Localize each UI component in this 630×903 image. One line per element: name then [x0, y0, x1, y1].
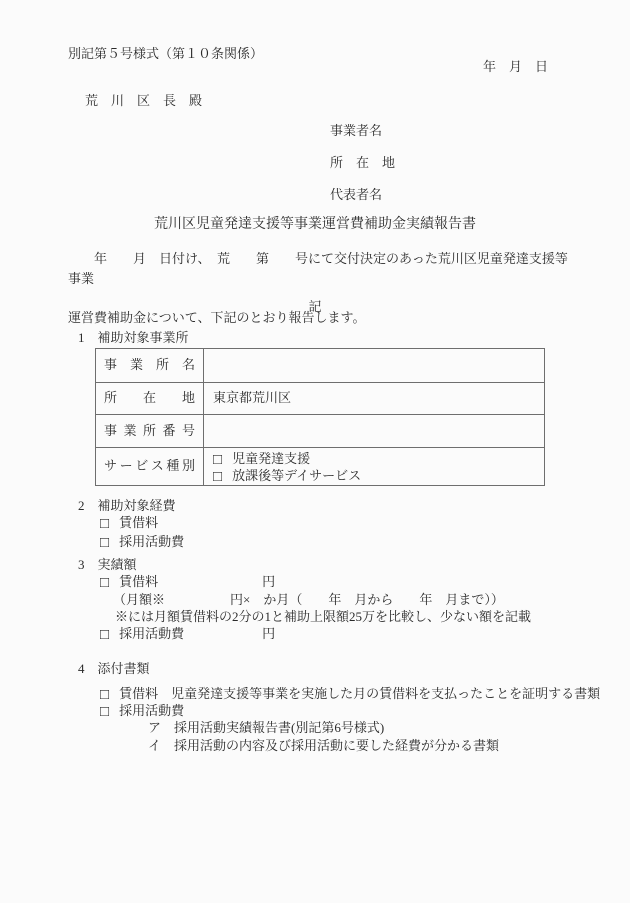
section1-heading: 1 補助対象事業所 [78, 329, 189, 348]
section4-heading: 4 添付書類 [78, 660, 150, 679]
result-recruit-label: 採用活動費 円 [119, 626, 275, 641]
attachment-sub-b: イ 採用活動の内容及び採用活動に要した経費が分かる書類 [148, 737, 499, 756]
signer-representative-label: 代表者名 [330, 186, 382, 205]
form-number: 別記第５号様式（第１０条関係） [68, 45, 263, 64]
office-number-value [204, 415, 545, 448]
table-row: 所在地 東京都荒川区 [96, 383, 545, 415]
address-value: 東京都荒川区 [204, 383, 545, 415]
page-title: 荒川区児童発達支援等事業運営費補助金実績報告書 [0, 215, 630, 235]
attachment-rent-label: 賃借料 児童発達支援等事業を実施した月の賃借料を支払ったことを証明する書類 [119, 686, 600, 701]
checkbox-icon: □ [100, 517, 109, 532]
result-recruit-line: □採用活動費 円 [100, 625, 275, 644]
expense-item-label: 賃借料 [119, 515, 158, 530]
attachment-sub-a: ア 採用活動実績報告書(別記第6号様式) [148, 719, 384, 738]
attachment-recruit-label: 採用活動費 [119, 703, 184, 718]
expense-item-rent: □賃借料 [100, 514, 158, 533]
intro-line1: 年 月 日付け、 荒 第 号にて交付決定のあった荒川区児童発達支援等事業 [68, 251, 568, 286]
table-row: 事業所名 [96, 349, 545, 383]
service-option-label: 児童発達支援 [232, 451, 310, 466]
checkbox-icon: □ [213, 453, 222, 468]
date-line: 年 月 日 [483, 58, 548, 77]
document-page: 別記第５号様式（第１０条関係） 年 月 日 荒 川 区 長 殿 事業者名 所 在… [0, 0, 630, 903]
checkbox-icon: □ [100, 688, 109, 703]
result-rent-label: 賃借料 円 [119, 574, 275, 589]
office-info-table: 事業所名 所在地 東京都荒川区 事業所番号 サービス種別 □児童発達支援 □放課… [95, 348, 545, 486]
checkbox-icon: □ [213, 470, 222, 485]
addressee: 荒 川 区 長 殿 [85, 92, 202, 111]
office-number-label: 事業所番号 [104, 422, 195, 441]
signer-address-label: 所 在 地 [330, 154, 395, 173]
expense-item-recruit: □採用活動費 [100, 533, 184, 552]
checkbox-icon: □ [100, 628, 109, 643]
office-name-value [204, 349, 545, 383]
table-row: 事業所番号 [96, 415, 545, 448]
checkbox-icon: □ [100, 576, 109, 591]
record-mark: 記 [0, 298, 630, 317]
checkbox-icon: □ [100, 705, 109, 720]
expense-item-label: 採用活動費 [119, 534, 184, 549]
service-option-houkago: □放課後等デイサービス [213, 467, 544, 484]
signer-business-name-label: 事業者名 [330, 122, 382, 141]
service-option-jidou: □児童発達支援 [213, 450, 544, 467]
address-label: 所在地 [104, 389, 195, 408]
result-rent-line: □賃借料 円 [100, 573, 275, 592]
checkbox-icon: □ [100, 536, 109, 551]
service-option-label: 放課後等デイサービス [232, 468, 361, 483]
table-row: サービス種別 □児童発達支援 □放課後等デイサービス [96, 448, 545, 486]
office-name-label: 事業所名 [104, 356, 195, 375]
service-type-label: サービス種別 [104, 457, 195, 476]
